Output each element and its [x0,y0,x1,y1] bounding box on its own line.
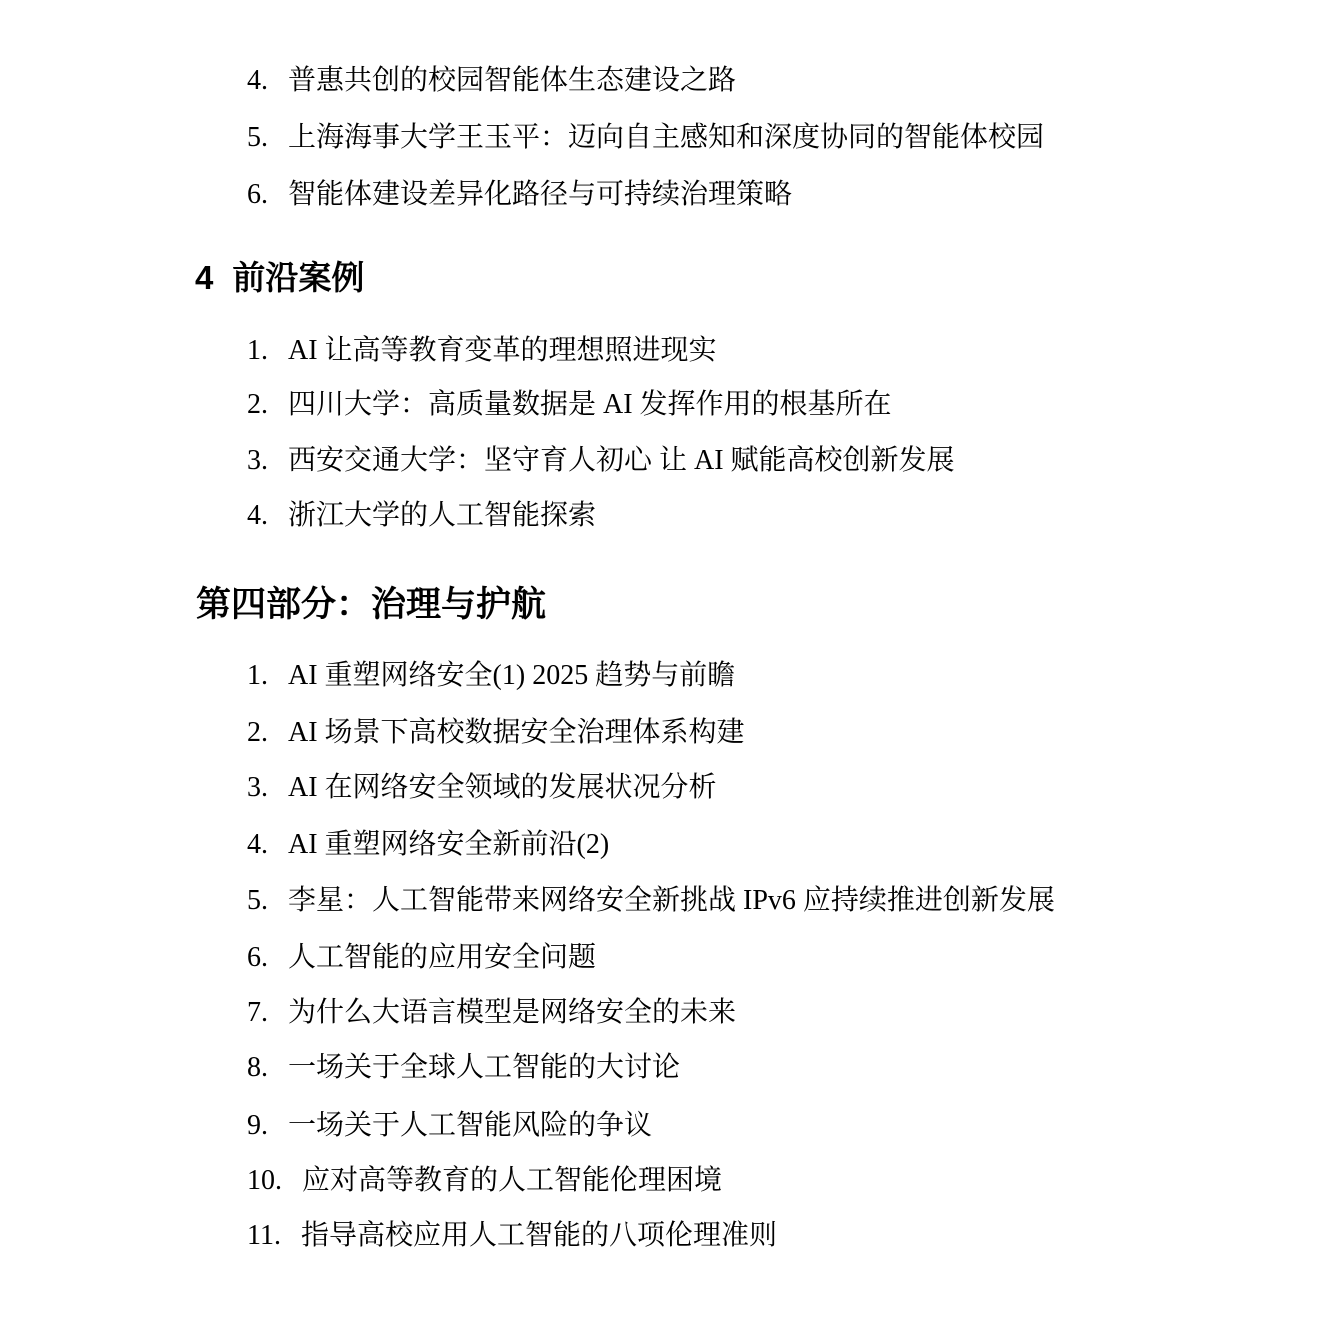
toc-item-text: 应对高等教育的人工智能伦理困境 [302,1165,722,1196]
section-number: 4 [195,260,213,296]
section-title: 前沿案例 [232,259,364,296]
toc-item-number: 9. [247,1110,268,1141]
toc-item-text: 上海海事大学王玉平：迈向自主感知和深度协同的智能体校园 [288,122,1044,153]
toc-item-number: 4. [247,829,268,860]
toc-item-text: 李星：人工智能带来网络安全新挑战 IPv6 应持续推进创新发展 [288,885,1055,916]
toc-item-text: AI 重塑网络安全(1) 2025 趋势与前瞻 [288,660,735,691]
toc-item: 11.指导高校应用人工智能的八项伦理准则 [247,1220,777,1251]
toc-item-text: 为什么大语言模型是网络安全的未来 [288,997,736,1028]
toc-item-number: 4. [247,500,268,531]
toc-item-number: 2. [247,717,268,748]
toc-item: 8.一场关于全球人工智能的大讨论 [247,1052,680,1083]
toc-item-number: 10. [247,1165,282,1196]
toc-item-text: AI 让高等教育变革的理想照进现实 [288,335,717,366]
toc-item-number: 7. [247,997,268,1028]
toc-item-text: 浙江大学的人工智能探索 [288,500,596,531]
toc-item: 9.一场关于人工智能风险的争议 [247,1110,652,1141]
toc-item: 1.AI 重塑网络安全(1) 2025 趋势与前瞻 [247,660,735,691]
toc-item-number: 5. [247,885,268,916]
toc-item-number: 4. [247,65,268,96]
toc-item: 3.AI 在网络安全领域的发展状况分析 [247,772,717,803]
toc-item: 3.西安交通大学：坚守育人初心 让 AI 赋能高校创新发展 [247,445,955,476]
part-title: 第四部分：治理与护航 [196,585,546,624]
toc-item-text: AI 场景下高校数据安全治理体系构建 [288,717,745,748]
toc-item-number: 1. [247,335,268,366]
toc-item-number: 5. [247,122,268,153]
toc-item-text: 人工智能的应用安全问题 [288,942,596,973]
toc-item-text: 普惠共创的校园智能体生态建设之路 [288,65,736,96]
toc-item-number: 3. [247,445,268,476]
toc-item-number: 6. [247,179,268,210]
toc-item-number: 8. [247,1052,268,1083]
toc-item: 2.四川大学：高质量数据是 AI 发挥作用的根基所在 [247,389,892,420]
section-heading: 4前沿案例 [195,260,364,296]
toc-item-text: 一场关于人工智能风险的争议 [288,1110,652,1141]
toc-item-text: 指导高校应用人工智能的八项伦理准则 [301,1220,777,1251]
toc-item: 5.上海海事大学王玉平：迈向自主感知和深度协同的智能体校园 [247,122,1044,153]
toc-item: 4.浙江大学的人工智能探索 [247,500,596,531]
toc-item-text: AI 在网络安全领域的发展状况分析 [288,772,717,803]
toc-item: 1.AI 让高等教育变革的理想照进现实 [247,335,717,366]
toc-item-text: 一场关于全球人工智能的大讨论 [288,1052,680,1083]
toc-item-number: 11. [247,1220,281,1251]
toc-item-number: 2. [247,389,268,420]
part-heading: 第四部分：治理与护航 [196,586,546,625]
toc-item: 4.AI 重塑网络安全新前沿(2) [247,829,609,860]
toc-item-text: 四川大学：高质量数据是 AI 发挥作用的根基所在 [288,389,892,420]
toc-item: 6.人工智能的应用安全问题 [247,942,596,973]
toc-item: 2.AI 场景下高校数据安全治理体系构建 [247,717,745,748]
toc-item-text: 智能体建设差异化路径与可持续治理策略 [288,179,792,210]
toc-item-number: 1. [247,660,268,691]
toc-item-text: AI 重塑网络安全新前沿(2) [288,829,609,860]
toc-item-number: 3. [247,772,268,803]
toc-item-number: 6. [247,942,268,973]
toc-item: 4.普惠共创的校园智能体生态建设之路 [247,65,736,96]
toc-item: 6.智能体建设差异化路径与可持续治理策略 [247,179,792,210]
toc-item: 10.应对高等教育的人工智能伦理困境 [247,1165,722,1196]
toc-item: 7.为什么大语言模型是网络安全的未来 [247,997,736,1028]
toc-item-text: 西安交通大学：坚守育人初心 让 AI 赋能高校创新发展 [288,445,955,476]
toc-item: 5.李星：人工智能带来网络安全新挑战 IPv6 应持续推进创新发展 [247,885,1055,916]
document-page: 4.普惠共创的校园智能体生态建设之路 5.上海海事大学王玉平：迈向自主感知和深度… [0,0,1340,1344]
